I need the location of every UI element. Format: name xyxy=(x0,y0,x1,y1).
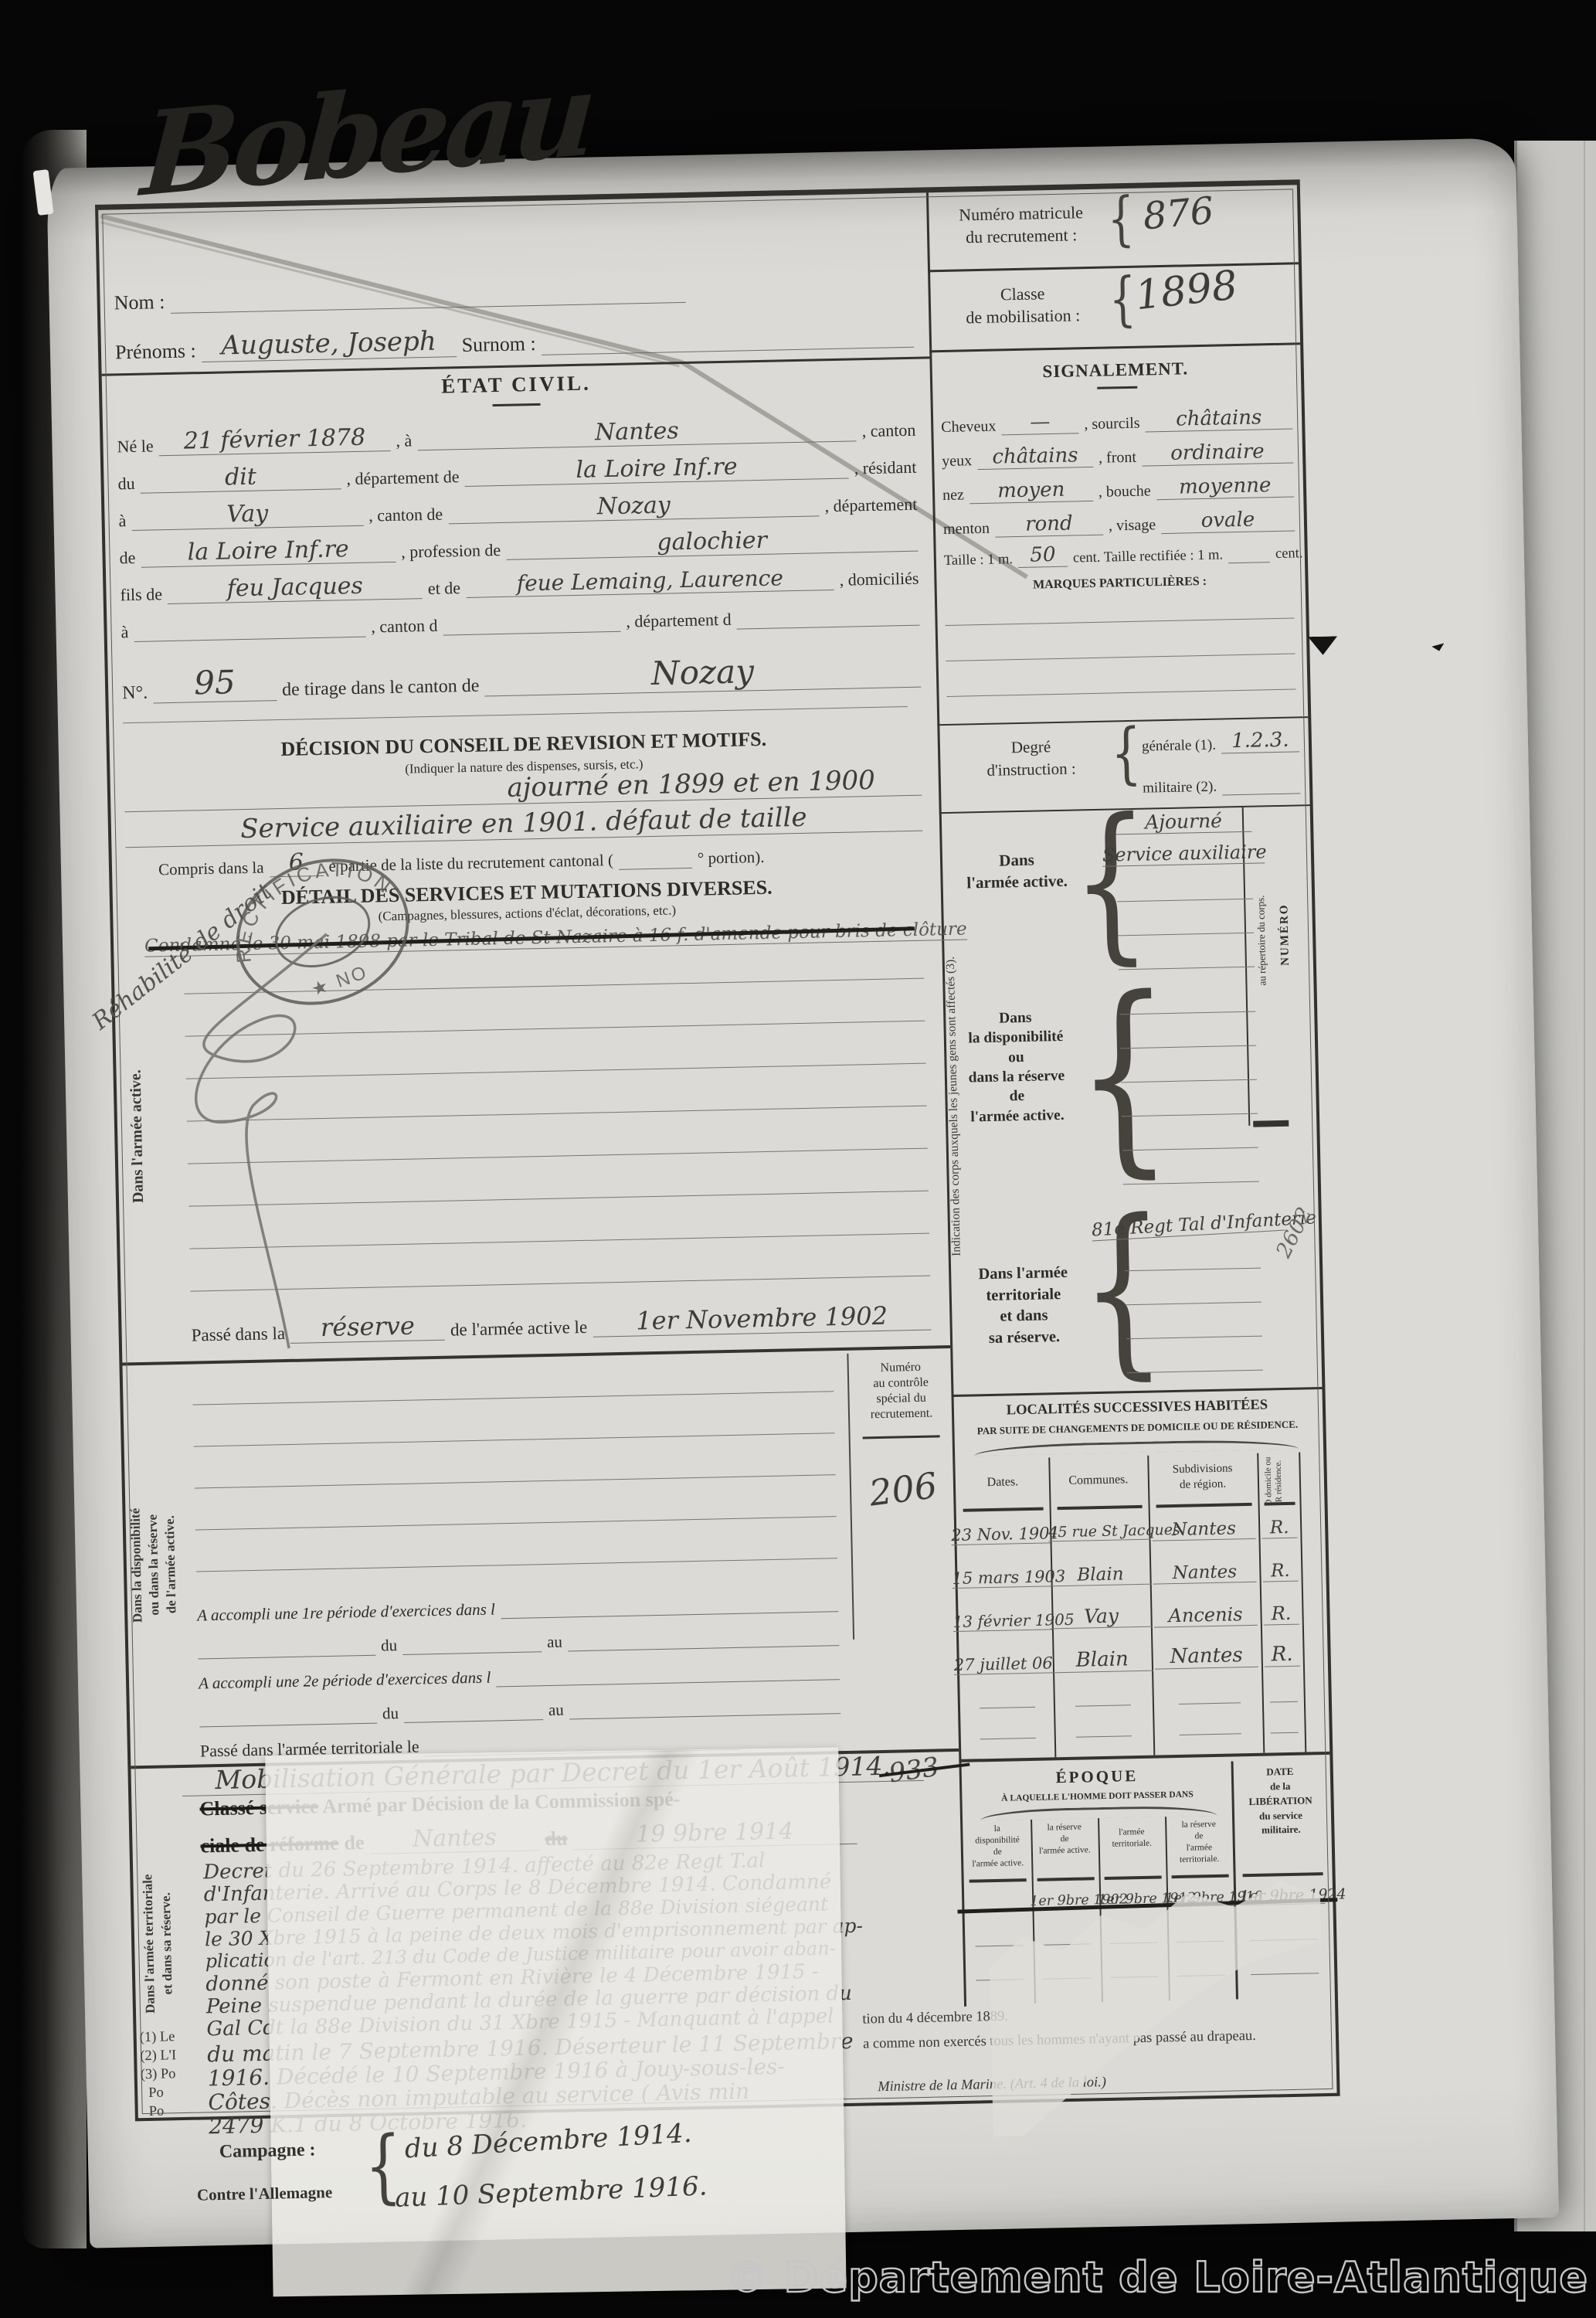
ec-l3b: , canton de xyxy=(368,505,443,526)
tirage-canton: Nozay xyxy=(484,649,922,697)
visage-value: ovale xyxy=(1161,507,1295,534)
epoque-val-1 xyxy=(965,1894,1032,1895)
ec-l2b: , département de xyxy=(346,467,460,489)
epoque-header-bar xyxy=(1243,1872,1323,1877)
ec-departement-residence: la Loire Inf.re xyxy=(141,535,396,568)
passe-label-a: Passé dans la xyxy=(191,1324,285,1346)
services-ruled-line xyxy=(188,1148,928,1164)
degre-label: Degré d'instruction : xyxy=(959,735,1103,783)
loc-cell: R. xyxy=(1263,1603,1299,1626)
degre-militaire-field xyxy=(1222,790,1300,795)
periode1-label: A accompli une 1re période d'exercices d… xyxy=(197,1599,495,1625)
footnote-left-3: (3) Po xyxy=(141,2066,176,2083)
loc-empty-line xyxy=(1180,1733,1241,1735)
menton-value: rond xyxy=(995,512,1104,538)
ec-l6c: , département d xyxy=(626,610,732,632)
services-ruled-line xyxy=(184,978,924,994)
periode2-label: A accompli une 2e période d'exercices da… xyxy=(199,1668,491,1694)
periode2-du-field xyxy=(404,1716,543,1723)
epoque-col-header-3: l'armée territoriale. xyxy=(1098,1826,1166,1851)
loc-header-bar xyxy=(1058,1505,1143,1510)
loc-cell: 27 juillet 06 xyxy=(954,1654,1053,1675)
periode1-row: A accompli une 1re période d'exercices d… xyxy=(197,1586,839,1625)
services-ruled-line xyxy=(187,1106,927,1122)
numero-controle-box: Numéro au contrôle spécial du recrutemen… xyxy=(847,1351,958,1640)
compris-label-c: ° portion). xyxy=(698,848,765,868)
loc-cell: Blain xyxy=(1049,1564,1152,1587)
loc-cell: R. xyxy=(1262,1561,1299,1582)
degre-generale-label: générale (1). xyxy=(1142,737,1216,756)
page-speck xyxy=(1308,636,1337,655)
taille-label-b: cent. Taille rectifiée : 1 m. xyxy=(1073,547,1223,566)
ec-l4a: de xyxy=(119,548,135,568)
front-label: , front xyxy=(1099,449,1136,467)
periode1-field xyxy=(501,1608,838,1619)
localites-title: LOCALITÉS SUCCESSIVES HABITÉES xyxy=(952,1396,1323,1420)
marques-ruled-line xyxy=(946,653,1295,661)
epoque-header-bar xyxy=(1105,1875,1162,1879)
epoque-empty-line xyxy=(1251,1973,1319,1975)
epoque-col-header-4: la réserve de l'armée territoriale. xyxy=(1165,1819,1233,1867)
localites-subtitle: PAR SUITE DE CHANGEMENTS DE DOMICILE OU … xyxy=(952,1418,1323,1438)
corps-g1-line2: Service auxiliaire xyxy=(1102,841,1265,866)
tirage-number: 95 xyxy=(152,662,277,703)
periode1-unit-field xyxy=(198,1652,375,1660)
passe-reserve-value: réserve xyxy=(290,1310,445,1344)
loc-header-dates: Dates. xyxy=(956,1474,1049,1490)
numero-strip-end-mark xyxy=(1253,1120,1289,1127)
periode2-unit-field xyxy=(199,1720,377,1728)
loc-header-bar xyxy=(963,1507,1044,1512)
epoque-header-bar xyxy=(1037,1877,1095,1881)
ec-canton-field xyxy=(443,628,621,636)
loc-empty-line xyxy=(980,1707,1035,1709)
loc-header-bar xyxy=(1265,1502,1295,1506)
corps-g2-label: Dans la disponibilité ou dans la réserve… xyxy=(954,1008,1078,1127)
classe-brace: { xyxy=(1109,274,1136,326)
bouche-value: moyenne xyxy=(1156,473,1294,500)
loc-header-bar xyxy=(1156,1503,1252,1508)
du-label: du xyxy=(381,1636,398,1655)
degre-generale-value: 1.2.3. xyxy=(1221,728,1300,753)
epoque-subtitle: À LAQUELLE L'HOMME DOIT PASSER DANS xyxy=(963,1789,1231,1804)
epoque-col-header-1: la disponibilité de l'armée active. xyxy=(963,1823,1031,1871)
bouche-label: , bouche xyxy=(1099,482,1151,501)
surnom-label: Surnom : xyxy=(461,332,536,357)
ec-dept-field xyxy=(737,622,920,630)
ec-l4b: , profession de xyxy=(401,540,501,563)
nom-label: Nom : xyxy=(114,291,165,314)
ec-l6b: , canton d xyxy=(371,616,438,637)
footnote-left-4: Po xyxy=(148,2085,164,2102)
loc-header-subdiv: Subdivisions de région. xyxy=(1147,1461,1258,1494)
compris-label-b: e partie de la liste du recrutement cant… xyxy=(328,851,613,876)
disponibilite-ruled-line xyxy=(194,1433,835,1446)
corps-g1-line1: Ajourné xyxy=(1116,809,1252,835)
matricule-value: 876 xyxy=(1141,189,1215,238)
ec-father: feu Jacques xyxy=(167,571,423,604)
numero-controle-value: 206 xyxy=(849,1462,957,1516)
degre-brace: { xyxy=(1110,725,1142,783)
loc-col-sep xyxy=(1299,1453,1306,1752)
marques-ruled-line xyxy=(947,688,1296,696)
section-rule-1 xyxy=(122,1345,950,1365)
visage-label: , visage xyxy=(1109,516,1156,535)
periode1-du-field xyxy=(402,1648,542,1655)
services-ruled-line xyxy=(188,1191,929,1207)
matricule-label: Numéro matricule du recrutement : xyxy=(939,202,1103,250)
loc-cell: Blain xyxy=(1051,1647,1153,1674)
numero-controle-rule xyxy=(863,1435,940,1439)
ec-canton: dit xyxy=(140,461,341,493)
archive-watermark: © Département de Loire-Atlantique xyxy=(726,2253,1588,2302)
yeux-label: yeux xyxy=(942,452,972,471)
campagne-sub-label: Contre l'Allemagne xyxy=(197,2183,333,2205)
ec-residence: Vay xyxy=(131,498,364,531)
loc-empty-line xyxy=(980,1738,1036,1740)
page-speck xyxy=(1431,643,1444,651)
loc-cell: Nantes xyxy=(1153,1562,1257,1585)
campagne-block: Campagne : Contre l'Allemagne { du 8 Déc… xyxy=(188,2116,777,2245)
loc-cell: R. xyxy=(1262,1518,1298,1539)
loc-cell: Ancenis xyxy=(1153,1603,1258,1628)
disponibilite-ruled-line xyxy=(195,1516,837,1530)
ec-domicile-field xyxy=(134,634,366,642)
sourcils-label: , sourcils xyxy=(1084,415,1140,434)
degre-generale-row: générale (1). 1.2.3. xyxy=(1142,727,1300,755)
loc-header-communes: Communes. xyxy=(1049,1473,1148,1489)
tirage-row: N°. 95 de tirage dans le canton de Nozay xyxy=(121,647,921,705)
tirage-text: de tirage dans le canton de xyxy=(282,676,480,701)
footnote-left-1: (1) Le xyxy=(139,2029,175,2046)
services-ruled-line xyxy=(190,1276,930,1292)
numero-controle-label: Numéro au contrôle spécial du recrutemen… xyxy=(849,1359,954,1423)
ec-birthdate: 21 février 1878 xyxy=(158,423,391,456)
loc-cell: 13 février 1905 xyxy=(953,1610,1051,1632)
epoque-date-header: DATE de la LIBÉRATION du service militai… xyxy=(1234,1764,1327,1839)
menton-label: menton xyxy=(943,520,990,539)
disponibilite-ruled-line xyxy=(196,1558,837,1572)
taille-value: 50 xyxy=(1018,543,1068,568)
loc-header-dr: D domicile ou R résidence. xyxy=(1263,1456,1298,1507)
du-label-2: du xyxy=(382,1704,399,1723)
scanned-register-page: { "colors": {"paper": "#dbdad6", "ink": … xyxy=(0,0,1596,2318)
ec-l1b: , à xyxy=(396,430,412,450)
loc-cell: Nantes xyxy=(1152,1518,1256,1541)
yeux-value: châtains xyxy=(977,444,1094,470)
epoque-col-header-2: la réserve de l'armée active. xyxy=(1031,1821,1099,1857)
services-ruled-line xyxy=(189,1233,929,1249)
disponibilite-side-label: Dans la disponibilité ou dans la réserve… xyxy=(124,1375,185,1755)
ec-l1c: , canton xyxy=(861,420,915,441)
tirage-no-label: N°. xyxy=(122,683,148,705)
epoque-title: ÉPOQUE xyxy=(963,1765,1231,1789)
nez-value: moyen xyxy=(969,478,1093,504)
corps-g3-label: Dans l'armée territoriale et dans sa rés… xyxy=(967,1263,1080,1351)
classe-label: Classe de mobilisation : xyxy=(940,282,1105,330)
loc-cell: 45 rue St Jacques xyxy=(1048,1522,1150,1542)
loc-empty-line xyxy=(1270,1701,1298,1703)
periode1-au-field xyxy=(568,1642,839,1651)
loc-cell: Vay xyxy=(1050,1604,1153,1630)
ec-l2c: , résidant xyxy=(854,457,916,479)
ec-l5b: et de xyxy=(428,578,461,599)
ec-l5c: , domiciliés xyxy=(839,569,919,590)
periode1-dates-row: du au xyxy=(198,1620,840,1659)
loc-cell: 23 Nov. 1901 xyxy=(951,1524,1050,1545)
register-sheet: Bobeau Nom : Prénoms : Auguste, Joseph S… xyxy=(46,138,1559,2248)
passe-reserve-row: Passé dans la réserve de l'armée active … xyxy=(191,1300,932,1346)
prenoms-label: Prénoms : xyxy=(115,339,196,364)
sourcils-value: châtains xyxy=(1145,406,1292,433)
taille-label-a: Taille : 1 m. xyxy=(944,552,1014,569)
page-crease xyxy=(1584,141,1585,2231)
passe-label-b: de l'armée active le xyxy=(450,1317,588,1341)
loc-empty-line xyxy=(1076,1735,1132,1738)
services-ruled-line xyxy=(186,1063,926,1079)
tirage-extra-line xyxy=(123,706,908,723)
ec-l2a: du xyxy=(117,474,135,494)
prenoms-field: Auguste, Joseph xyxy=(201,325,457,362)
campagne-au: au 10 Septembre 1916. xyxy=(394,2170,708,2213)
ec-l3c: , département xyxy=(824,495,917,517)
loc-cell: 15 mars 1903 xyxy=(952,1567,1051,1589)
loc-empty-line xyxy=(1075,1705,1131,1707)
periode2-row: A accompli une 2e période d'exercices da… xyxy=(199,1654,840,1693)
localites-table: Dates. Communes. Subdivisions de région.… xyxy=(956,1452,1326,1759)
cheveux-value: — xyxy=(1001,410,1079,435)
disponibilite-ruled-line xyxy=(193,1391,834,1405)
periode2-dates-row: du au xyxy=(199,1688,841,1727)
services-side-label: Dans l'armée active. xyxy=(124,920,151,1353)
au-label-2: au xyxy=(548,1701,564,1720)
epoque-header-bar xyxy=(1172,1874,1229,1878)
compris-portion-field xyxy=(619,865,692,870)
compris-label-a: Compris dans la xyxy=(158,858,264,880)
loc-empty-line xyxy=(1179,1702,1241,1705)
degre-militaire-label: militaire (2). xyxy=(1143,779,1217,797)
services-ruled-line xyxy=(185,1021,925,1037)
front-value: ordinaire xyxy=(1142,439,1294,466)
disponibilite-ruled-line xyxy=(195,1474,836,1488)
compris-value: 6 xyxy=(269,848,324,877)
corps-g1-label: Dans l'armée active. xyxy=(965,848,1069,894)
ec-l5a: fils de xyxy=(120,584,162,605)
matricule-brace: { xyxy=(1107,193,1135,246)
periode2-au-field xyxy=(569,1710,840,1719)
periode2-field xyxy=(496,1676,840,1687)
passe-reserve-date: 1er Novembre 1902 xyxy=(593,1300,932,1337)
degre-militaire-row: militaire (2). xyxy=(1143,769,1301,797)
epoque-header-bar xyxy=(969,1878,1027,1882)
loc-cell: R. xyxy=(1264,1643,1300,1667)
footnote-left-2: (2) L'I xyxy=(140,2048,176,2065)
name-signature: Bobeau xyxy=(138,46,596,223)
ec-l3a: à xyxy=(118,511,126,531)
ec-l6a: à xyxy=(121,622,128,642)
cheveux-label: Cheveux xyxy=(941,418,997,437)
taille-label-c: cent. xyxy=(1275,546,1303,563)
campagne-label: Campagne : xyxy=(219,2140,316,2163)
corps-numero-label: NUMÉRO xyxy=(1276,819,1296,1051)
campagne-du: du 8 Décembre 1914. xyxy=(404,2118,693,2165)
footnote-left-5: Po xyxy=(149,2104,165,2120)
loc-cell: Nantes xyxy=(1154,1643,1258,1670)
corps-g2-brace: { xyxy=(1074,982,1173,1167)
au-label: au xyxy=(547,1633,562,1652)
nez-label: nez xyxy=(942,486,964,505)
ec-l1a: Né le xyxy=(117,436,154,457)
loc-empty-line xyxy=(1271,1732,1299,1734)
